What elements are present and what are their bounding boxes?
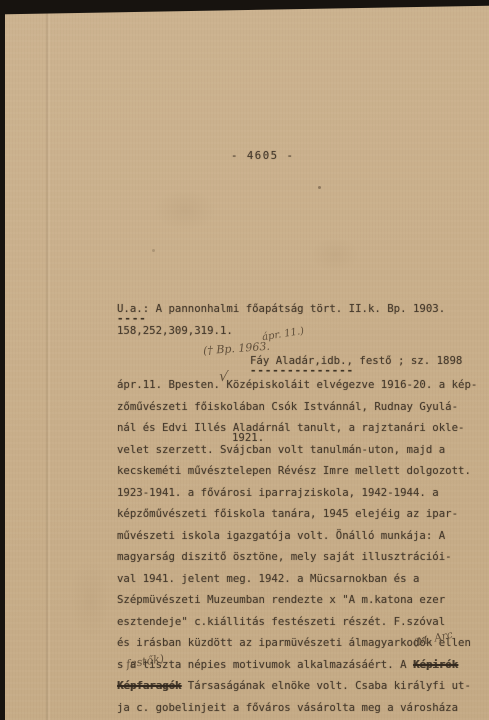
typed-line: velet szerzett. Svájcban volt tanulmán-u… bbox=[117, 443, 445, 456]
typed-line-with-strikeout: s a tiszta népies motivumok alkalmazásáé… bbox=[117, 658, 458, 671]
reference-line-1: U.a.: A pannonhalmi főapátság tört. II.k… bbox=[117, 302, 445, 315]
typed-line: zőművészeti főiskolában Csók Istvánnál, … bbox=[117, 400, 458, 413]
typed-line: nál és Edvi Illés Aladárnál tanult, a ra… bbox=[117, 421, 464, 434]
typed-text: Társaságának elnöke volt. Csaba királyfi… bbox=[181, 679, 471, 692]
typed-line: művészeti iskola igazgatója volt. Önálló… bbox=[117, 529, 445, 542]
paper-crease-highlight bbox=[48, 0, 50, 720]
typed-line: 1923-1941. a fővárosi iparrajziskola, 19… bbox=[117, 486, 439, 499]
page-number: - 4605 - bbox=[231, 149, 294, 162]
ink-speck bbox=[152, 249, 155, 252]
typed-line: magyarság diszitő ösztöne, mely saját il… bbox=[117, 550, 452, 563]
scan-edge-left bbox=[0, 0, 5, 720]
paper-stain bbox=[140, 180, 230, 240]
entry-name-underline: -------------- bbox=[250, 364, 354, 377]
typed-line: ápr.11. Bpesten. Középiskoláit elvégezve… bbox=[117, 378, 477, 391]
typed-line: képzőművészeti főiskola tanára, 1945 ele… bbox=[117, 507, 458, 520]
typed-line: Szépmüvészeti Muzeumban rendezte x "A m.… bbox=[117, 593, 445, 606]
scanned-page: - 4605 - U.a.: A pannonhalmi főapátság t… bbox=[0, 0, 489, 720]
typed-line: val 1941. jelent meg. 1942. a Mücsarnokb… bbox=[117, 572, 419, 585]
reference-line-2: 158,252,309,319.1. bbox=[117, 324, 233, 337]
struck-word: Képfaragók bbox=[117, 679, 181, 692]
typed-line: kecskeméti művésztelepen Révész Imre mel… bbox=[117, 464, 471, 477]
typed-line: ja c. gobelinjeit a főváros vásárolta me… bbox=[117, 701, 458, 714]
paper-stain bbox=[60, 540, 120, 660]
ink-speck bbox=[318, 186, 321, 189]
paper-stain bbox=[300, 230, 370, 280]
struck-word: Képirók bbox=[413, 658, 458, 671]
typed-line: esztendeje" c.kiállitás festészeti részé… bbox=[117, 615, 445, 628]
typed-line-with-strikeout: Képfaragók Társaságának elnöke volt. Csa… bbox=[117, 679, 471, 692]
typed-year-insertion: 1921. bbox=[232, 431, 264, 444]
